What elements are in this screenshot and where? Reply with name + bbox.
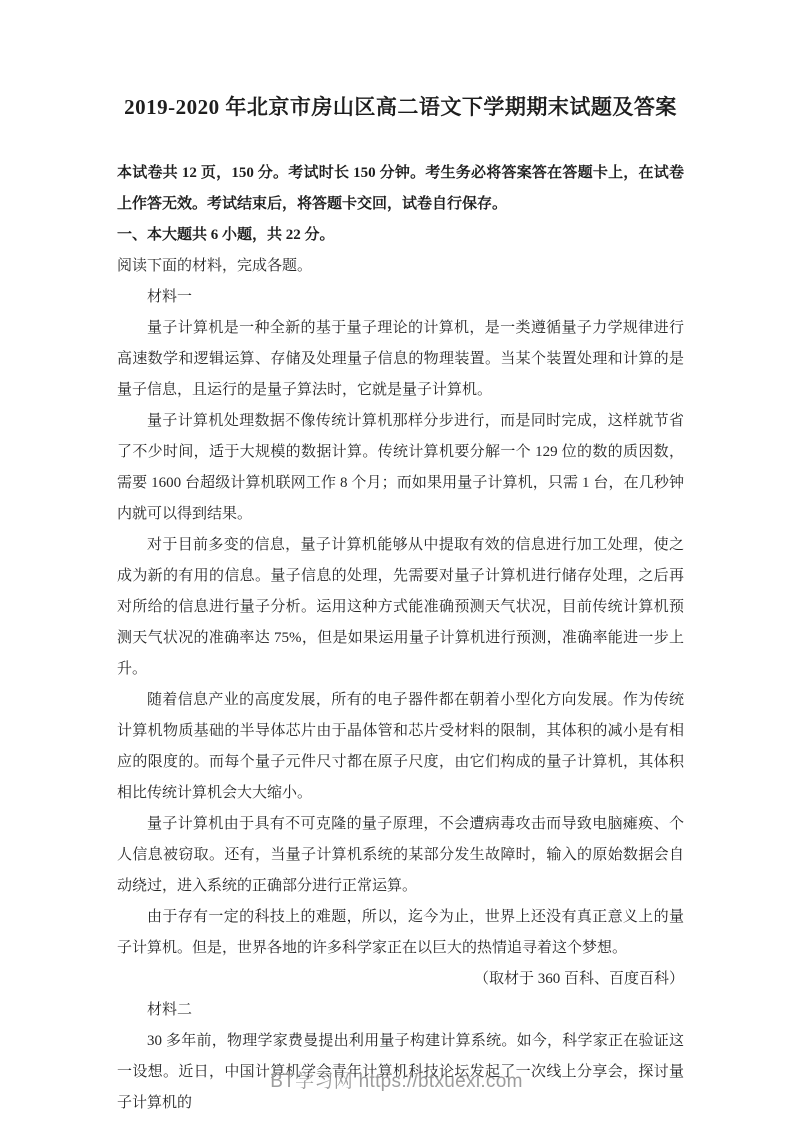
material-one-paragraph-5: 量子计算机由于具有不可克隆的量子原理，不会遭病毒攻击而导致电脑瘫痪、个人信息被窃…	[117, 809, 684, 902]
source-attribution: （取材于 360 百科、百度百科）	[117, 964, 684, 995]
material-one-paragraph-1: 量子计算机是一种全新的基于量子理论的计算机，是一类遵循量子力学规律进行高速数学和…	[117, 313, 684, 406]
exam-document-page: 2019-2020 年北京市房山区高二语文下学期期末试题及答案 本试卷共 12 …	[0, 0, 793, 1122]
section-one-heading: 一、本大题共 6 小题，共 22 分。	[117, 220, 684, 251]
exam-notice: 本试卷共 12 页，150 分。考试时长 150 分钟。考生务必将答案答在答题卡…	[117, 158, 684, 220]
watermark-footer: BT学习网 https://btxuexi.com	[0, 1066, 793, 1093]
document-title: 2019-2020 年北京市房山区高二语文下学期期末试题及答案	[117, 92, 684, 122]
material-one-paragraph-6: 由于存有一定的科技上的难题，所以，迄今为止，世界上还没有真正意义上的量子计算机。…	[117, 902, 684, 964]
document-content: 2019-2020 年北京市房山区高二语文下学期期末试题及答案 本试卷共 12 …	[117, 92, 684, 1119]
material-one-label: 材料一	[117, 282, 684, 313]
reading-instruction: 阅读下面的材料，完成各题。	[117, 251, 684, 282]
material-one-paragraph-2: 量子计算机处理数据不像传统计算机那样分步进行，而是同时完成，这样就节省了不少时间…	[117, 406, 684, 530]
material-two-label: 材料二	[117, 995, 684, 1026]
material-one-paragraph-4: 随着信息产业的高度发展，所有的电子器件都在朝着小型化方向发展。作为传统计算机物质…	[117, 685, 684, 809]
material-one-paragraph-3: 对于目前多变的信息，量子计算机能够从中提取有效的信息进行加工处理，使之成为新的有…	[117, 530, 684, 685]
